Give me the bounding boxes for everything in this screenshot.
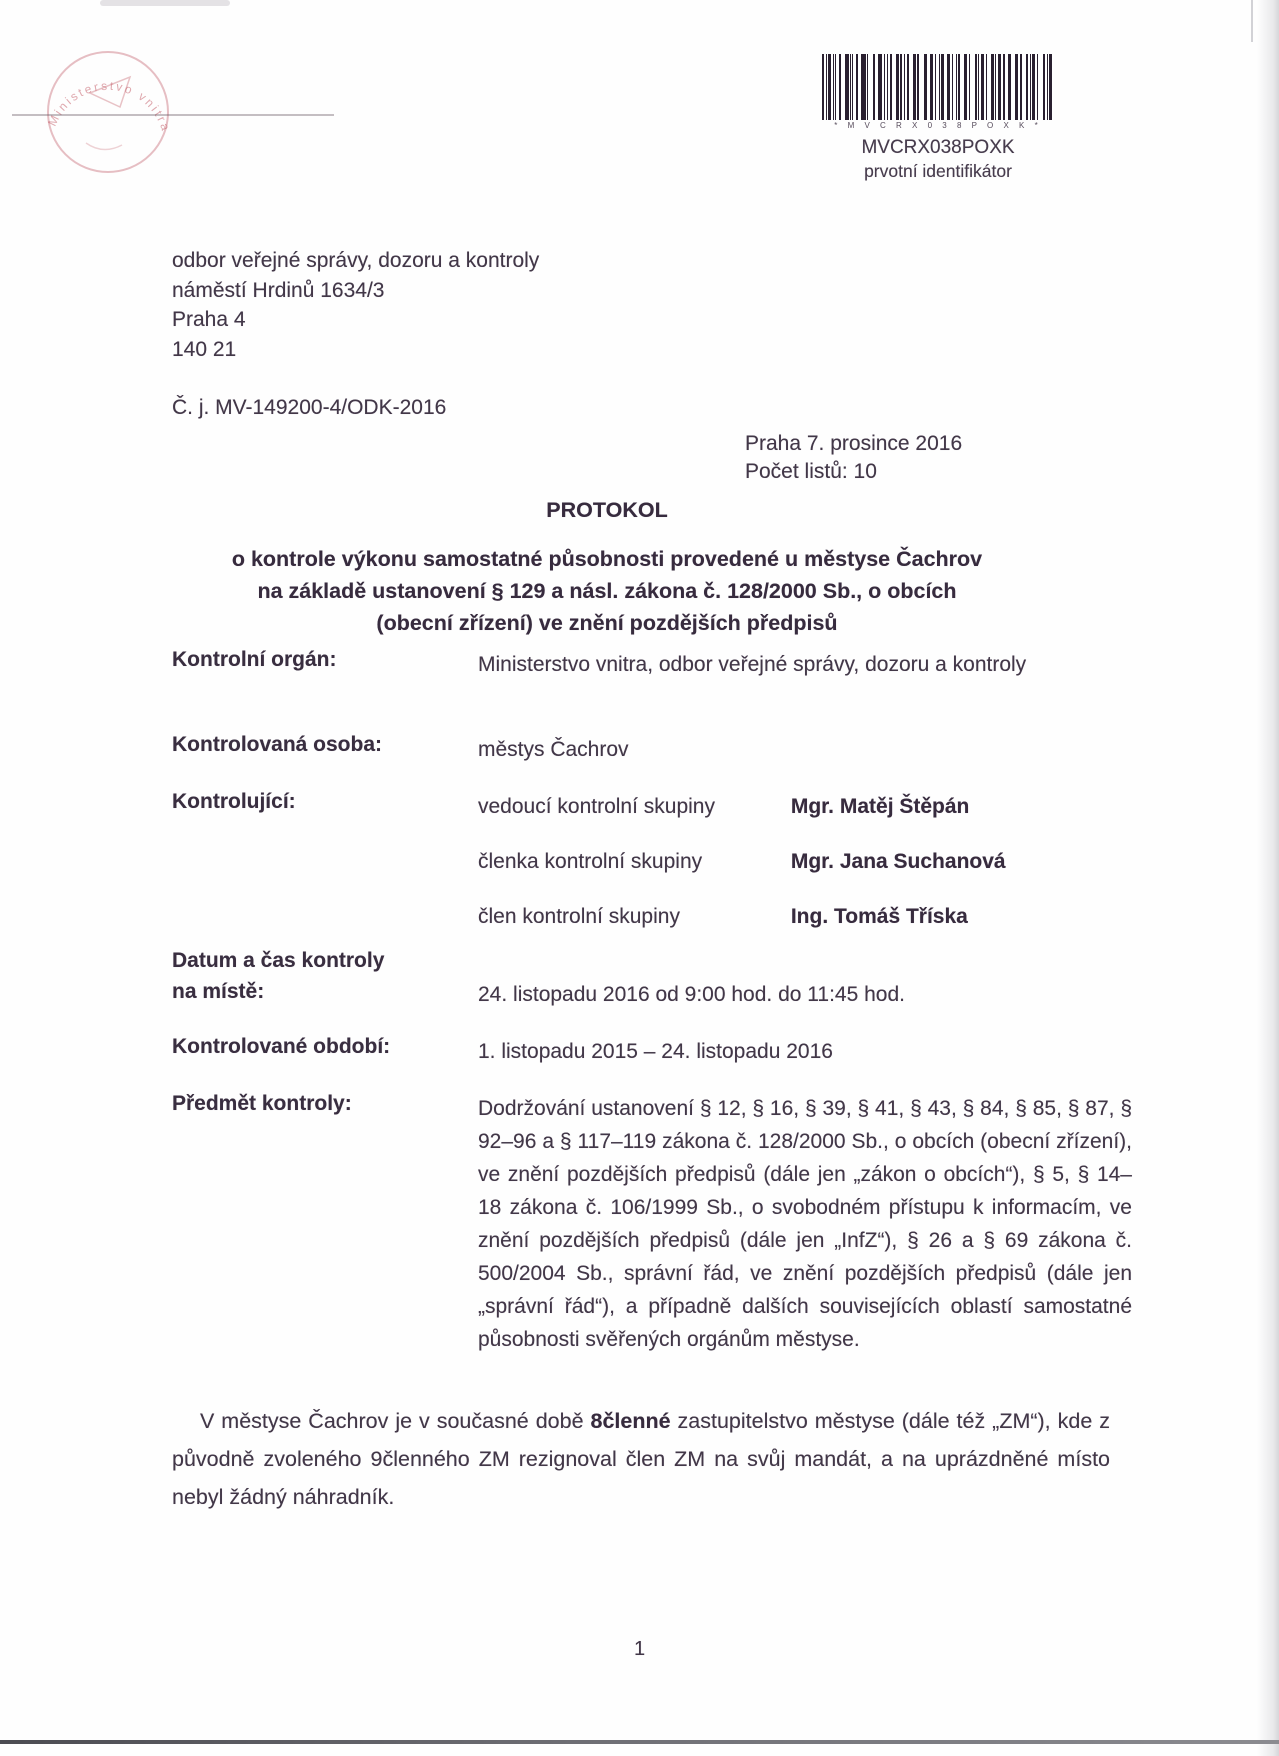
- scan-smudge: [100, 0, 230, 6]
- scan-bottom-line: [0, 1740, 1279, 1744]
- inspector-role: vedoucí kontrolní skupiny: [478, 790, 785, 823]
- field-value-predmet: Dodržování ustanovení § 12, § 16, § 39, …: [478, 1092, 1132, 1356]
- sender-line-department: odbor veřejné správy, dozoru a kontroly: [172, 246, 539, 276]
- sender-line-street: náměstí Hrdinů 1634/3: [172, 276, 539, 306]
- scan-edge-shadow: [1257, 0, 1279, 1756]
- page-number: 1: [0, 1638, 1279, 1661]
- place-date: Praha 7. prosince 2016: [745, 430, 962, 458]
- inspector-name: Mgr. Jana Suchanová: [791, 850, 1006, 873]
- field-label-predmet: Předmět kontroly:: [172, 1092, 352, 1116]
- field-label-datum-cas-line1: Datum a čas kontroly: [172, 945, 384, 976]
- inspector-name: Ing. Tomáš Tříska: [791, 905, 968, 928]
- field-label-kontrolujici: Kontrolující:: [172, 790, 296, 814]
- ministry-stamp: Ministerstvo vnitra: [8, 45, 338, 195]
- field-label-kontrolni-organ: Kontrolní orgán:: [172, 648, 336, 672]
- stamp-icon: Ministerstvo vnitra: [8, 45, 338, 195]
- field-value-datum-cas: 24. listopadu 2016 od 9:00 hod. do 11:45…: [478, 978, 1132, 1011]
- scanned-protocol-page: Ministerstvo vnitra * M V C R X 0 3 8 P …: [0, 0, 1279, 1756]
- barcode-code: MVCRX038POXK: [820, 137, 1056, 159]
- sender-address: odbor veřejné správy, dozoru a kontroly …: [172, 246, 539, 364]
- field-label-datum-cas: Datum a čas kontroly na místě:: [172, 945, 384, 1007]
- reference-number: Č. j. MV-149200-4/ODK-2016: [172, 396, 446, 420]
- barcode-icon: [822, 54, 1054, 120]
- closing-text-before: V městyse Čachrov je v současné době: [200, 1409, 591, 1433]
- sender-line-city: Praha 4: [172, 305, 539, 335]
- stamp-ring-text: Ministerstvo vnitra: [45, 79, 173, 135]
- closing-text-bold: 8členné: [591, 1409, 671, 1433]
- field-value-kontrolujici: vedoucí kontrolní skupiny Mgr. Matěj Ště…: [478, 790, 1132, 933]
- field-label-obdobi: Kontrolované období:: [172, 1035, 390, 1059]
- document-subtitle: o kontrole výkonu samostatné působnosti …: [172, 543, 1042, 639]
- closing-paragraph: V městyse Čachrov je v současné době 8čl…: [172, 1402, 1110, 1516]
- sheet-count: Počet listů: 10: [745, 458, 962, 486]
- inspector-row: členka kontrolní skupiny Mgr. Jana Sucha…: [478, 845, 1132, 878]
- document-title: PROTOKOL: [172, 498, 1042, 523]
- field-label-datum-cas-line2: na místě:: [172, 976, 384, 1007]
- field-label-kontrolovana-osoba: Kontrolovaná osoba:: [172, 733, 382, 757]
- sender-line-zip: 140 21: [172, 335, 539, 365]
- subtitle-line-1: o kontrole výkonu samostatné působnosti …: [172, 543, 1042, 575]
- barcode-characters: * M V C R X 0 3 8 P O X K *: [820, 121, 1056, 130]
- inspector-role: členka kontrolní skupiny: [478, 845, 785, 878]
- field-value-kontrolni-organ: Ministerstvo vnitra, odbor veřejné správ…: [478, 648, 1118, 681]
- barcode-caption: prvotní identifikátor: [820, 161, 1056, 182]
- subtitle-line-3: (obecní zřízení) ve znění pozdějších pře…: [172, 607, 1042, 639]
- field-value-kontrolovana-osoba: městys Čachrov: [478, 733, 1132, 766]
- barcode-block: * M V C R X 0 3 8 P O X K * MVCRX038POXK…: [820, 54, 1056, 182]
- inspector-row: vedoucí kontrolní skupiny Mgr. Matěj Ště…: [478, 790, 1132, 823]
- inspector-name: Mgr. Matěj Štěpán: [791, 795, 970, 818]
- inspector-row: člen kontrolní skupiny Ing. Tomáš Tříska: [478, 900, 1132, 933]
- subtitle-line-2: na základě ustanovení § 129 a násl. záko…: [172, 575, 1042, 607]
- meta-block: Praha 7. prosince 2016 Počet listů: 10: [745, 430, 962, 486]
- field-value-obdobi: 1. listopadu 2015 – 24. listopadu 2016: [478, 1035, 1132, 1068]
- inspector-role: člen kontrolní skupiny: [478, 900, 785, 933]
- scan-edge-line: [1251, 0, 1253, 42]
